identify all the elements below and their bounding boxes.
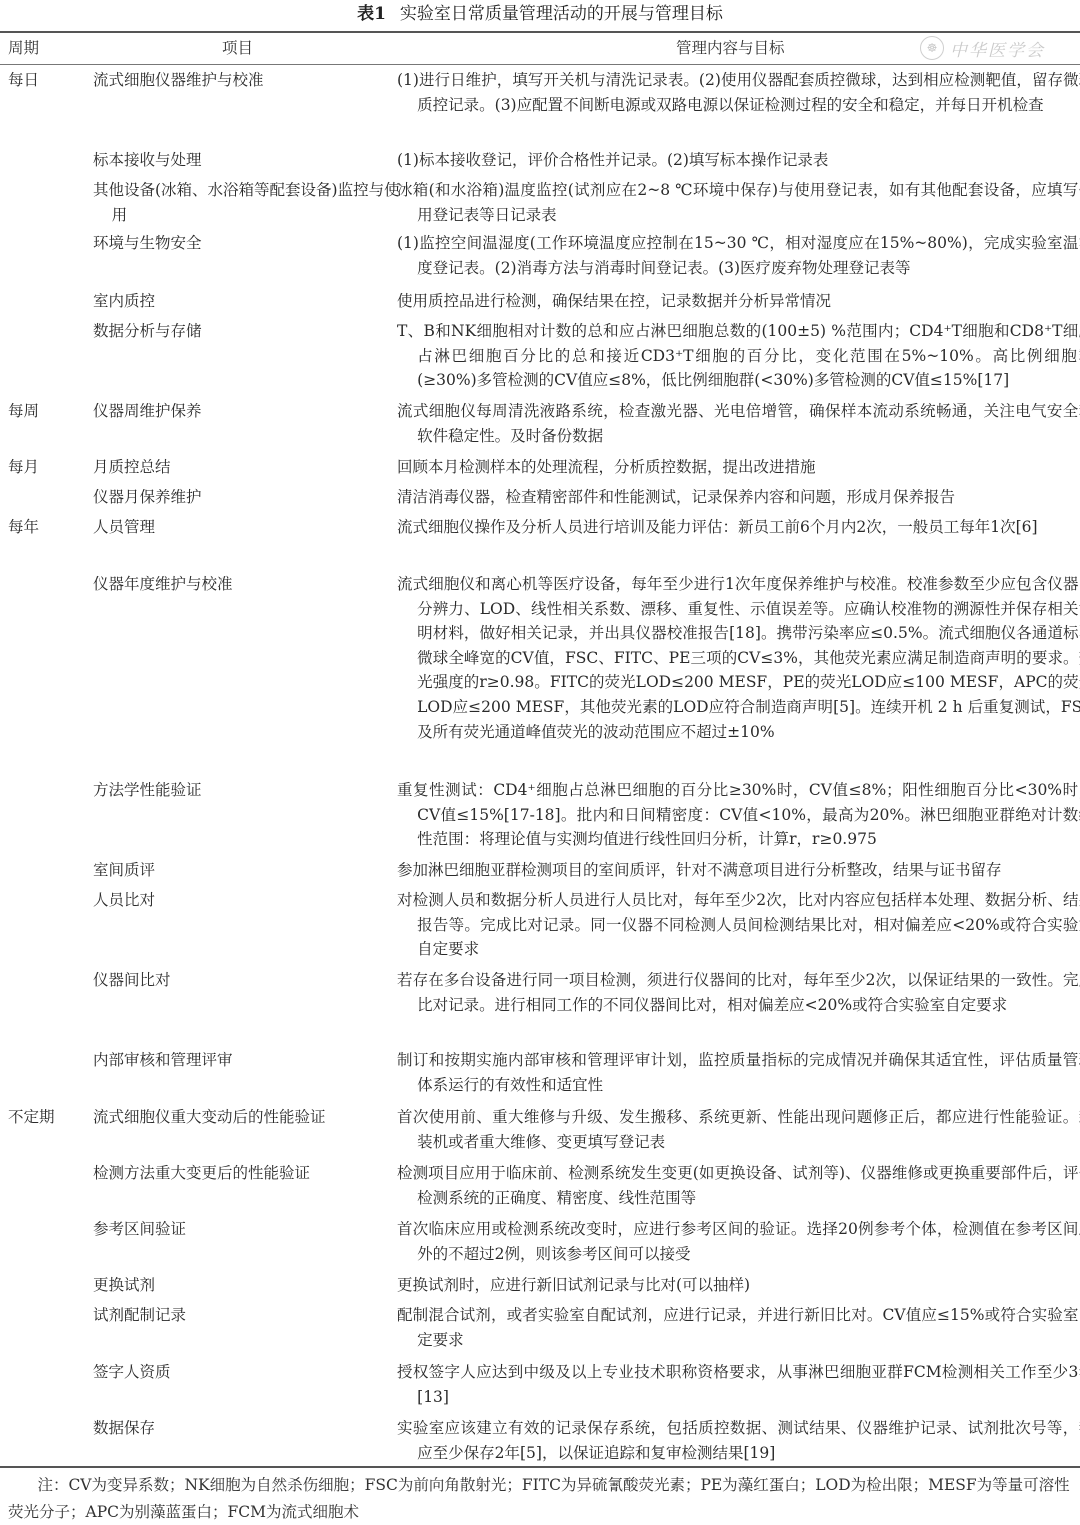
- cell-item: 仪器间比对: [93, 968, 412, 993]
- cell-item: 内部审核和管理评审: [93, 1048, 412, 1073]
- cell-content: 回顾本月检测样本的处理流程，分析质控数据，提出改进措施: [397, 455, 1080, 480]
- cell-item: 方法学性能验证: [93, 778, 412, 803]
- cell-item: 环境与生物安全: [93, 231, 412, 256]
- cell-item: 仪器周维护保养: [93, 399, 412, 424]
- cell-item: 仪器年度维护与校准: [93, 572, 412, 597]
- cell-item: 流式细胞仪重大变动后的性能验证: [93, 1105, 412, 1130]
- cell-content: 实验室应该建立有效的记录保存系统，包括质控数据、测试结果、仪器维护记录、试剂批次…: [397, 1416, 1080, 1465]
- cell-period: 每月: [8, 455, 88, 480]
- cell-period: 每周: [8, 399, 88, 424]
- cell-item: 参考区间验证: [93, 1217, 412, 1242]
- cell-content: 若存在多台设备进行同一项目检测，须进行仪器间的比对，每年至少2次，以保证结果的一…: [397, 968, 1080, 1017]
- cell-content: 流式细胞仪操作及分析人员进行培训及能力评估：新员工前6个月内2次，一般员工每年1…: [397, 515, 1080, 540]
- cell-item: 月质控总结: [93, 455, 412, 480]
- table-number: 表1: [357, 4, 386, 24]
- top-rule: [0, 31, 1080, 33]
- society-logo-icon: ☸: [920, 36, 944, 60]
- cell-item: 标本接收与处理: [93, 148, 412, 173]
- header-rule: [0, 64, 1080, 65]
- cell-item: 数据保存: [93, 1416, 412, 1441]
- cell-content: 流式细胞仪和离心机等医疗设备，每年至少进行1次年度保养维护与校准。校准参数至少应…: [397, 572, 1080, 744]
- cell-content: 冰箱(和水浴箱)温度监控(试剂应在2~8 ℃环境中保存)与使用登记表，如有其他配…: [397, 178, 1080, 227]
- cell-item: 仪器月保养维护: [93, 485, 412, 510]
- cell-content: 检测项目应用于临床前、检测系统发生变更(如更换设备、试剂等)、仪器维修或更换重要…: [397, 1161, 1080, 1210]
- table-caption: 实验室日常质量管理活动的开展与管理目标: [400, 4, 723, 24]
- cell-period: 每年: [8, 515, 88, 540]
- watermark: ☸ 中华医学会: [920, 34, 1045, 62]
- table-note: 注：CV为变异系数；NK细胞为自然杀伤细胞；FSC为前向角散射光；FITC为异硫…: [8, 1472, 1076, 1525]
- cell-content: 对检测人员和数据分析人员进行人员比对，每年至少2次，比对内容应包括样本处理、数据…: [397, 888, 1080, 962]
- cell-period: 每日: [8, 68, 88, 93]
- cell-content: 首次使用前、重大维修与升级、发生搬移、系统更新、性能出现问题修正后，都应进行性能…: [397, 1105, 1080, 1154]
- cell-item: 人员管理: [93, 515, 412, 540]
- cell-content: (1)监控空间温湿度(工作环境温度应控制在15~30 ℃，相对湿度应在15%~8…: [397, 231, 1080, 280]
- watermark-text: 中华医学会: [950, 36, 1045, 61]
- cell-content: 重复性测试：CD4⁺细胞占总淋巴细胞的百分比≥30%时，CV值≤8%；阳性细胞百…: [397, 778, 1080, 852]
- cell-content: 流式细胞仪每周清洗液路系统，检查激光器、光电倍增管，确保样本流动系统畅通，关注电…: [397, 399, 1080, 448]
- cell-content: (1)标本接收登记，评价合格性并记录。(2)填写标本操作记录表: [397, 148, 1080, 173]
- cell-content: 制订和按期实施内部审核和管理评审计划，监控质量指标的完成情况并确保其适宜性，评估…: [397, 1048, 1080, 1097]
- header-period: 周期: [8, 36, 39, 60]
- cell-content: 配制混合试剂，或者实验室自配试剂，应进行记录，并进行新旧比对。CV值应≤15%或…: [397, 1303, 1080, 1352]
- header-content: 管理内容与目标: [676, 36, 785, 60]
- cell-item: 室间质评: [93, 858, 412, 883]
- cell-item: 试剂配制记录: [93, 1303, 412, 1328]
- cell-period: 不定期: [8, 1105, 88, 1130]
- cell-item: 数据分析与存储: [93, 319, 412, 344]
- cell-content: 参加淋巴细胞亚群检测项目的室间质评，针对不满意项目进行分析整改，结果与证书留存: [397, 858, 1080, 883]
- cell-item: 签字人资质: [93, 1360, 412, 1385]
- table-title: 表1实验室日常质量管理活动的开展与管理目标: [0, 2, 1080, 26]
- cell-content: 首次临床应用或检测系统改变时，应进行参考区间的验证。选择20例参考个体，检测值在…: [397, 1217, 1080, 1266]
- cell-content: 更换试剂时，应进行新旧试剂记录与比对(可以抽样): [397, 1273, 1080, 1298]
- cell-item: 室内质控: [93, 289, 412, 314]
- cell-item: 流式细胞仪器维护与校准: [93, 68, 412, 93]
- cell-item: 其他设备(冰箱、水浴箱等配套设备)监控与使用: [93, 178, 412, 227]
- cell-item: 更换试剂: [93, 1273, 412, 1298]
- cell-content: 使用质控品进行检测，确保结果在控，记录数据并分析异常情况: [397, 289, 1080, 314]
- cell-item: 人员比对: [93, 888, 412, 913]
- bottom-rule: [0, 1466, 1080, 1468]
- header-item: 项目: [222, 36, 253, 60]
- cell-item: 检测方法重大变更后的性能验证: [93, 1161, 412, 1186]
- cell-content: (1)进行日维护，填写开关机与清洗记录表。(2)使用仪器配套质控微球，达到相应检…: [397, 68, 1080, 117]
- cell-content: 授权签字人应达到中级及以上专业技术职称资格要求，从事淋巴细胞亚群FCM检测相关工…: [397, 1360, 1080, 1409]
- cell-content: T、B和NK细胞相对计数的总和应占淋巴细胞总数的(100±5) %范围内；CD4…: [397, 319, 1080, 393]
- cell-content: 清洁消毒仪器，检查精密部件和性能测试，记录保养内容和问题，形成月保养报告: [397, 485, 1080, 510]
